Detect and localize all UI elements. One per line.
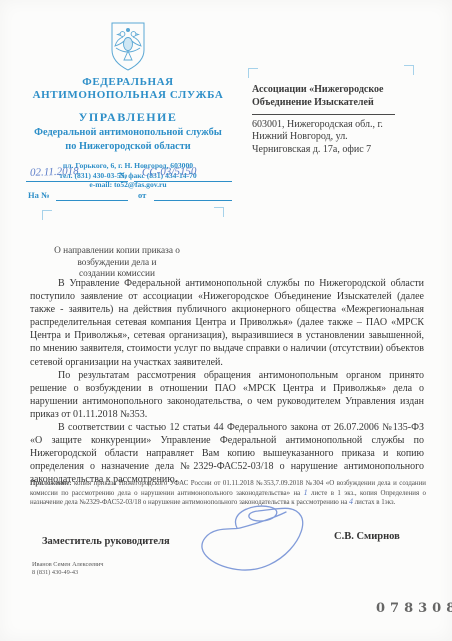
org-name-line2: АНТИМОНОПОЛЬНАЯ СЛУЖБА: [22, 89, 234, 102]
reply-date-underline: [154, 200, 232, 201]
subject-block: О направлении копии приказа о возбуждени…: [36, 246, 198, 281]
recipient-address-line3: Черниговская д. 17а, офис 7: [252, 144, 402, 156]
attachment-label: Приложение:: [30, 480, 72, 487]
incoming-ref-line: На № от: [26, 190, 238, 204]
recipient-name-line2: Объединение Изыскателей: [252, 97, 402, 110]
dept-subtitle-line2: по Нижегородской области: [22, 141, 234, 153]
subject-zone-corner-left: [42, 210, 52, 220]
subject-line1: О направлении копии приказа о возбуждени…: [36, 246, 198, 269]
attachment-text-3: листах в 1экз.: [353, 499, 395, 506]
letterhead: ФЕДЕРАЛЬНАЯ АНТИМОНОПОЛЬНАЯ СЛУЖБА УПРАВ…: [22, 22, 234, 190]
reply-number-underline: [56, 200, 128, 201]
signer-position: Заместитель руководителя: [42, 536, 170, 547]
letter-body: В Управление Федеральной антимонопольной…: [30, 277, 424, 487]
body-paragraph-1: В Управление Федеральной антимонопольной…: [30, 277, 424, 369]
number-sign-label: №: [119, 170, 128, 180]
date-underline: [26, 181, 128, 182]
stamp-number: 078308: [376, 601, 452, 616]
signature-icon: [182, 498, 322, 582]
coat-of-arms-icon: [109, 22, 147, 72]
reply-ot-label: от: [138, 190, 146, 200]
dept-title: УПРАВЛЕНИЕ: [22, 110, 234, 125]
recipient-address-line1: 603001, Нижегородская обл., г.: [252, 119, 402, 131]
dept-subtitle-line1: Федеральной антимонопольной службы: [22, 127, 234, 139]
recipient-separator: [252, 114, 395, 115]
recipient-block: Ассоциации «Нижегородское Объединение Из…: [252, 84, 402, 156]
body-paragraph-3: В соответствии с частью 12 статьи 44 Фед…: [30, 421, 424, 486]
body-paragraph-2: По результатам рассмотрения обращения ан…: [30, 369, 424, 421]
executor-block: Иванов Семен Алексеевич 8 (831) 430-49-4…: [32, 561, 103, 576]
handwritten-outgoing-number: СС-03/5150: [142, 166, 197, 179]
executor-name: Иванов Семен Алексеевич: [32, 561, 103, 569]
recipient-zone-corner-right: [404, 65, 414, 75]
org-name-line1: ФЕДЕРАЛЬНАЯ: [22, 76, 234, 89]
scanned-letter-page: ФЕДЕРАЛЬНАЯ АНТИМОНОПОЛЬНАЯ СЛУЖБА УПРАВ…: [0, 0, 452, 641]
handwritten-date: 02.11.2018: [30, 165, 79, 179]
recipient-zone-corner-left: [248, 68, 258, 78]
executor-phone: 8 (831) 430-49-43: [32, 569, 103, 577]
number-underline: [134, 181, 232, 182]
subject-zone-corner-right: [214, 207, 224, 217]
recipient-name-line1: Ассоциации «Нижегородское: [252, 84, 402, 97]
outgoing-ref-line: 02.11.2018 № СС-03/5150: [26, 166, 238, 184]
signer-name: С.В. Смирнов: [334, 531, 400, 542]
reply-na-label: На №: [28, 190, 50, 200]
recipient-address-line2: Нижний Новгород, ул.: [252, 131, 402, 143]
